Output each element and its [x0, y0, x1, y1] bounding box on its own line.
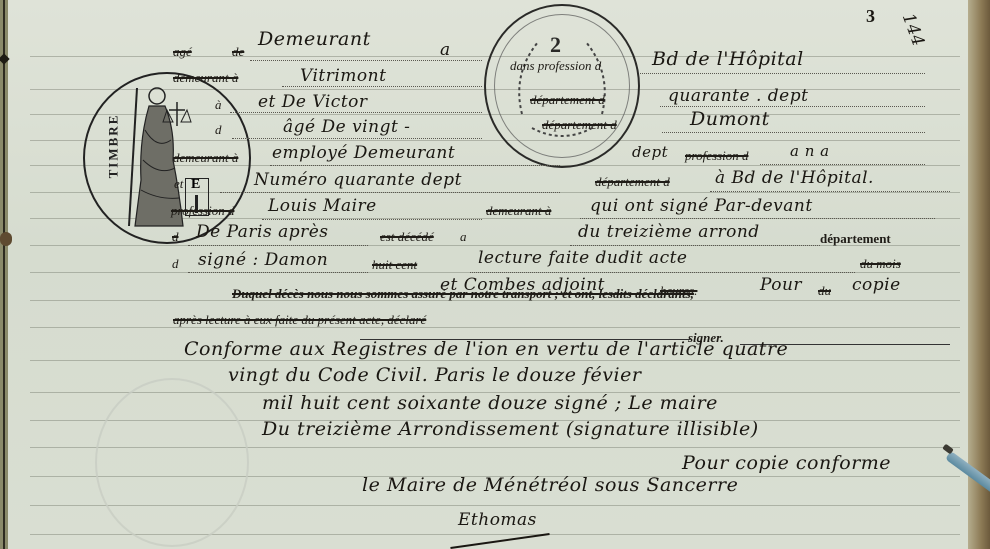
fill-line [570, 245, 820, 246]
handwritten-entry: copie [852, 275, 901, 295]
fill-line [640, 73, 925, 74]
ruled-line [30, 360, 960, 361]
printed-statement: Duquel décès nous nous sommes assuré par… [232, 286, 694, 302]
handwritten-entry: a [440, 40, 451, 60]
fill-line [580, 218, 935, 219]
handwritten-entry: Bd de l'Hôpital [652, 48, 804, 70]
certification-line: Pour copie conforme [682, 452, 891, 474]
printed-field: département [820, 231, 891, 247]
fill-line [270, 165, 560, 166]
printed-field: d [172, 256, 179, 272]
handwritten-entry: employé Demeurant [272, 143, 455, 163]
certification-line: Conforme aux Registres de l'ion en vertu… [184, 338, 788, 360]
fill-line [220, 192, 560, 193]
handwritten-entry: Demeurant [258, 28, 371, 50]
printed-field: du [818, 283, 831, 299]
printed-field: dans profession d [510, 58, 601, 74]
handwritten-entry: qui ont signé Par-devant [590, 196, 813, 216]
page-number: 3 [866, 6, 875, 27]
handwritten-entry: du treizième arrond [578, 222, 760, 242]
certification-line: vingt du Code Civil. Paris le douze févi… [228, 364, 641, 386]
fill-line [232, 138, 482, 139]
printed-statement: après lecture à eux faite du présent act… [173, 312, 426, 328]
handwritten-entry: dept [632, 143, 668, 161]
handwritten-entry: Dumont [690, 108, 770, 130]
handwritten-entry: et De Victor [258, 92, 368, 112]
handwritten-entry: signé : Damon [198, 250, 328, 270]
printed-field: est décédé [380, 229, 434, 245]
handwritten-entry: à Bd de l'Hôpital. [715, 168, 874, 188]
handwritten-entry: Vitrimont [300, 66, 386, 86]
printed-field: département d [530, 92, 605, 108]
timbre-label: TIMBRE [105, 114, 121, 179]
fill-line [470, 272, 855, 273]
printed-field: demeurant à [173, 150, 238, 166]
handwritten-entry: Louis Maire [268, 196, 377, 216]
printed-field: département d [542, 117, 617, 133]
handwritten-entry: Numéro quarante dept [254, 170, 462, 190]
fill-line [660, 106, 925, 107]
certification-line: mil huit cent soixante douze signé ; Le … [262, 392, 718, 414]
printed-field: à [215, 97, 222, 113]
certification-line: Du treizième Arrondissement (signature i… [262, 418, 759, 440]
official-seal: 2 [484, 4, 640, 168]
handwritten-entry: lecture faite dudit acte [478, 248, 687, 268]
margin-rule [3, 0, 5, 549]
printed-field: d [172, 229, 179, 245]
fill-line [282, 86, 482, 87]
signature: Ethomas [458, 510, 537, 530]
fill-line [760, 164, 925, 165]
printed-field: a [460, 229, 467, 245]
handwritten-entry: quarante . dept [668, 86, 808, 106]
printed-field: profession d [171, 203, 234, 219]
printed-field: demeurant à [173, 70, 238, 86]
handwritten-entry: Pour [760, 275, 802, 295]
printed-field: agé [173, 44, 192, 60]
printed-field: huit cent [372, 257, 417, 273]
fill-line [230, 112, 482, 113]
fill-line [188, 245, 368, 246]
printed-field: et [174, 176, 183, 192]
ruled-line [30, 327, 960, 328]
handwritten-entry: âgé De vingt - [283, 117, 410, 137]
printed-field: de [232, 44, 244, 60]
fill-line [662, 132, 925, 133]
faint-embossed-seal [95, 378, 249, 547]
handwritten-entry: a n a [790, 142, 830, 160]
fill-line [250, 60, 482, 61]
printed-field: du mois [860, 256, 901, 272]
fill-line [262, 219, 482, 220]
fill-line [710, 191, 950, 192]
printed-field: d [215, 122, 222, 138]
fill-line [188, 272, 368, 273]
printed-field: profession d [685, 148, 748, 164]
binding-clip [0, 232, 12, 246]
printed-field: demeurant à [486, 203, 551, 219]
stamp-corner-letter: E [191, 177, 200, 193]
printed-field: département d [595, 174, 670, 190]
certification-line: le Maire de Ménétréol sous Sancerre [362, 474, 738, 496]
handwritten-entry: De Paris après [196, 222, 329, 242]
